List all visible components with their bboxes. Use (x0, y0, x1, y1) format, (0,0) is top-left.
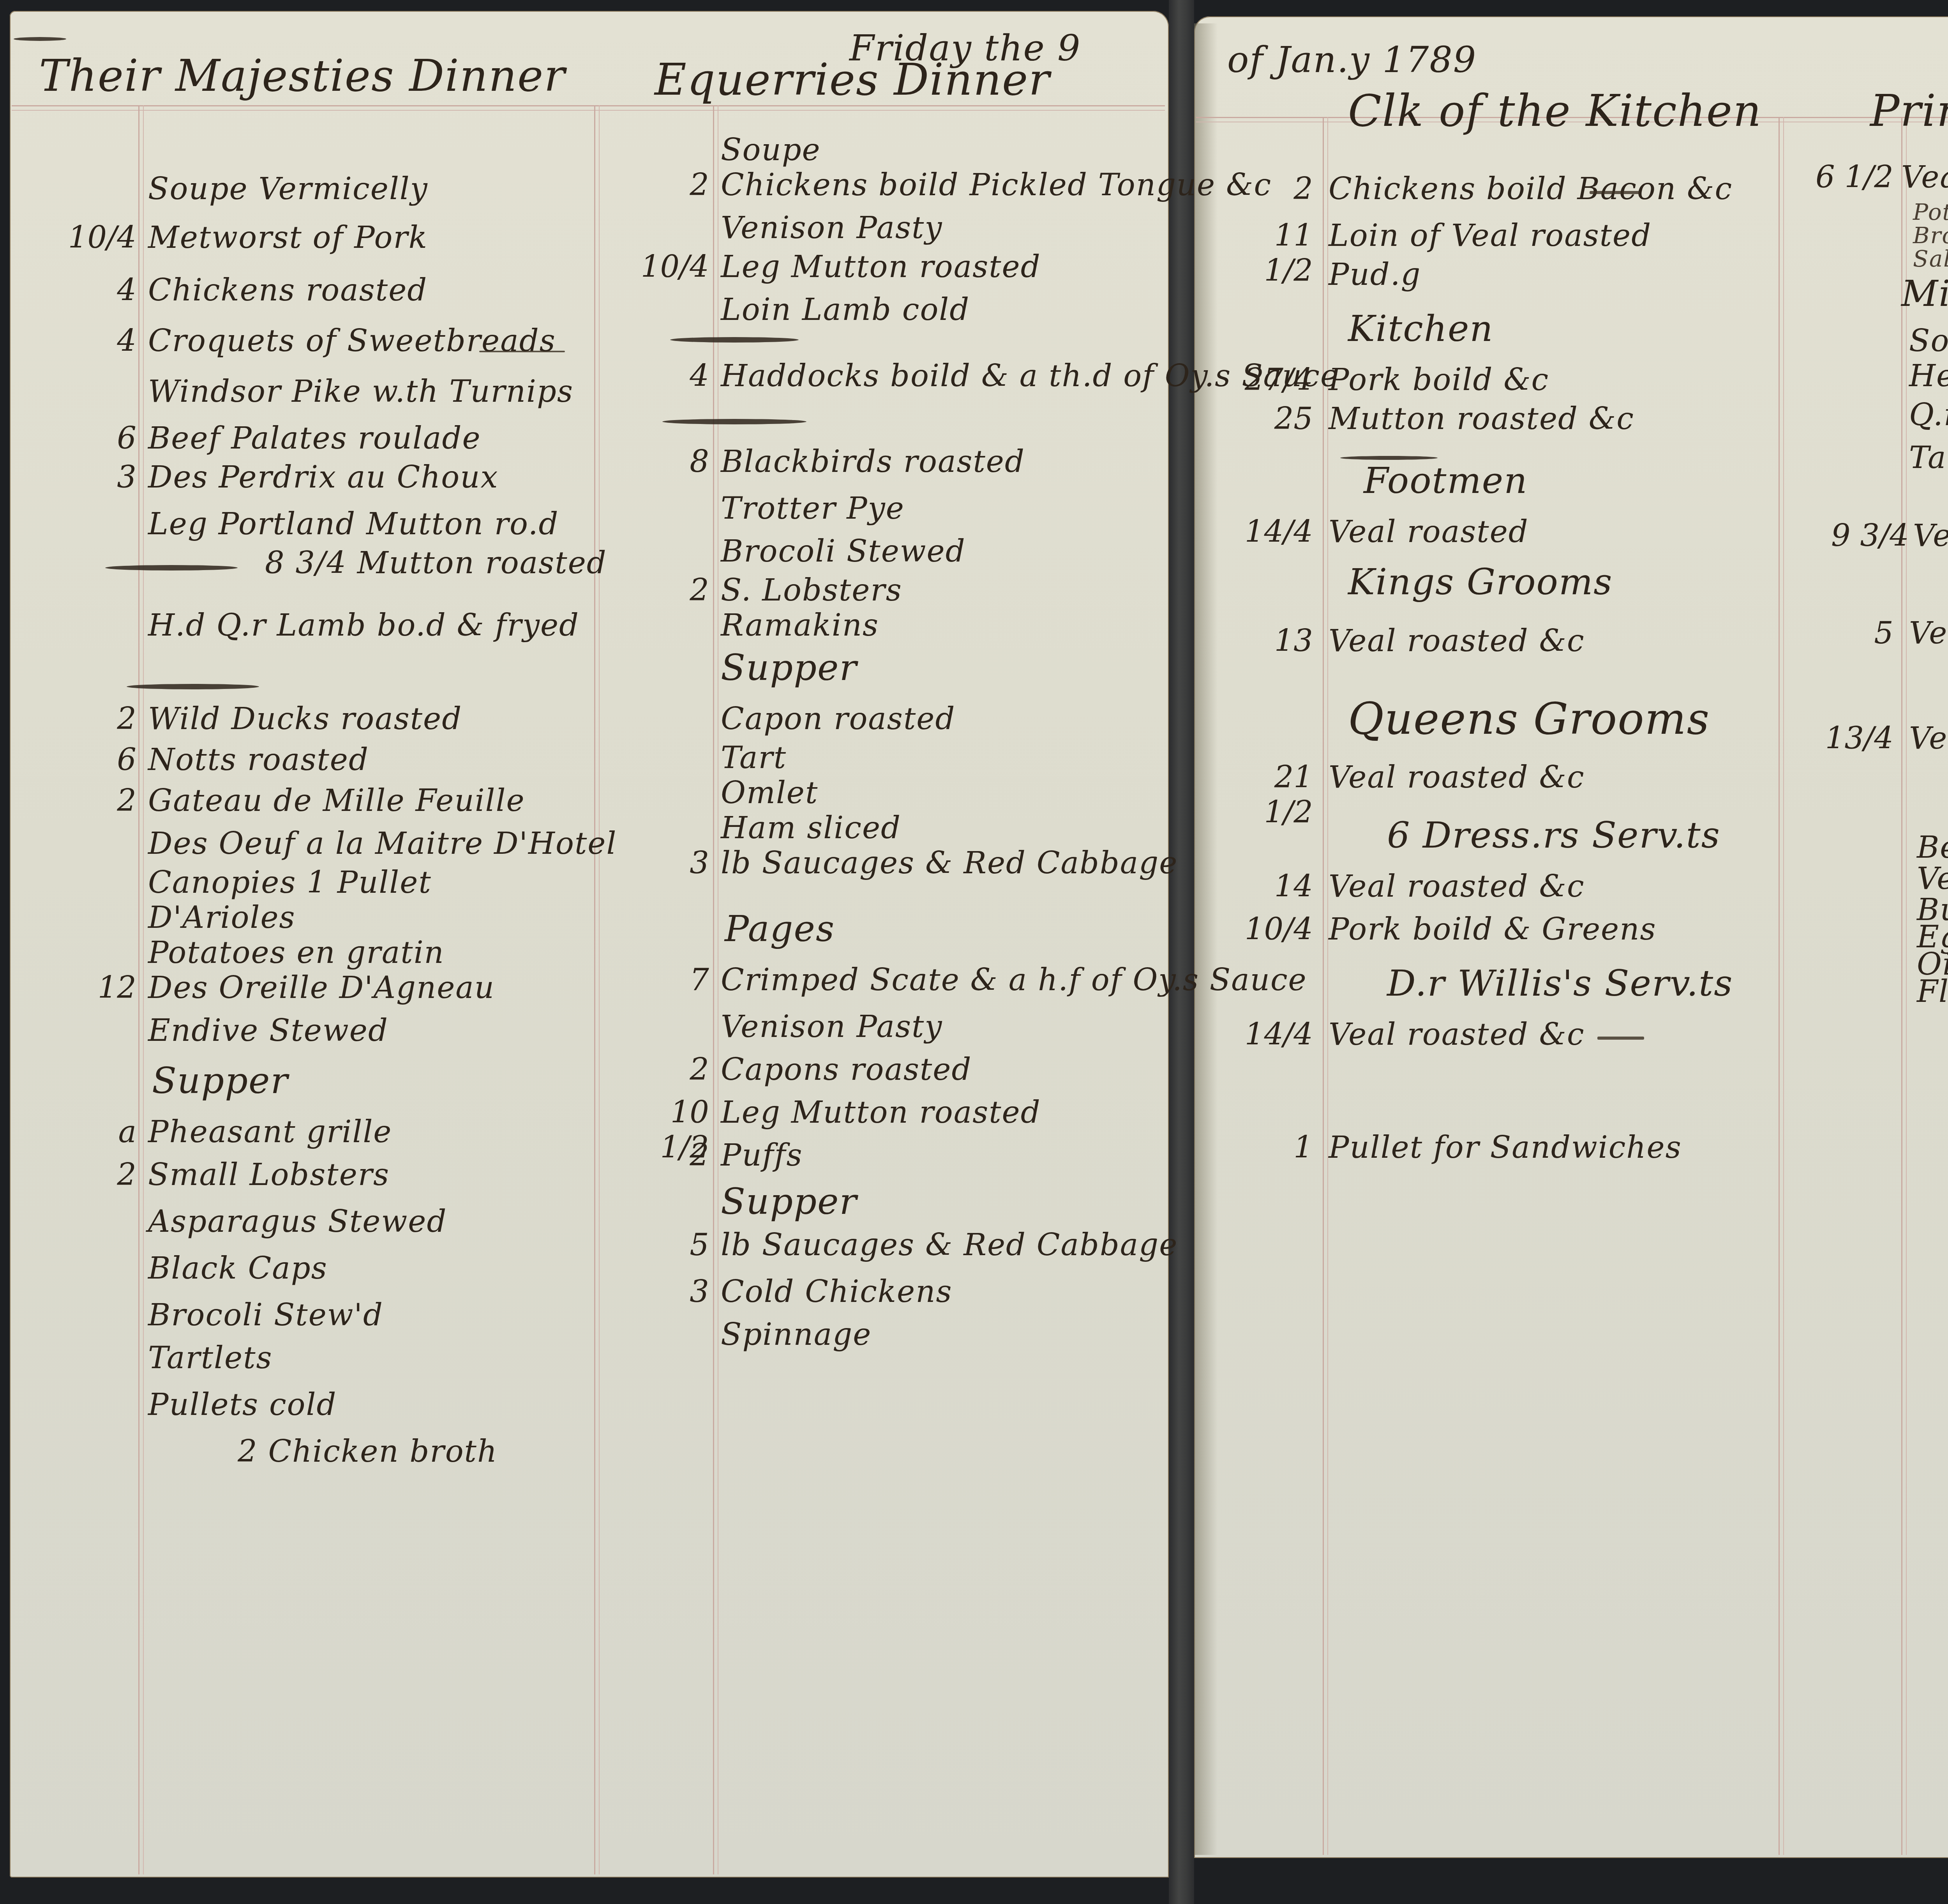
quantity: 6 (58, 742, 136, 777)
list-item: Pork boild &c (1329, 362, 1549, 397)
list-item: Cold Chickens (721, 1274, 953, 1309)
margin-rule-col4b (1906, 117, 1907, 1855)
list-item: Tart (721, 740, 787, 775)
gutter-shadow (1194, 23, 1217, 1855)
quantity: 14/4 (1235, 1017, 1313, 1052)
list-item: Chickens boild Bacon &c (1329, 171, 1733, 207)
list-item: Leg Mutton roasted (721, 1095, 1041, 1130)
list-item: Des Oeuf a la Maitre D'Hotel (148, 826, 617, 861)
list-item: Endive Stewed (148, 1013, 388, 1048)
list-item: Capon roasted (721, 701, 955, 737)
section-title: Miss Goldsworthy (1901, 273, 1948, 314)
list-item: Chickens boild Pickled Tongue &c (721, 168, 1272, 203)
quantity: 2 (58, 1157, 136, 1192)
list-item: Pud.g (1329, 257, 1421, 292)
margin-rule-col2b (718, 105, 718, 1874)
list-item: Pullets cold (148, 1387, 337, 1422)
column-rule-col3-endb (1783, 117, 1784, 1855)
quantity: 1 (1235, 1130, 1313, 1165)
divider-swash (105, 565, 238, 570)
list-item: Notts roasted (148, 742, 369, 777)
section-title-supper: Supper (721, 647, 858, 689)
tally-item-name: Veal (1917, 861, 1948, 896)
quantity: 9 3/4 (1831, 518, 1909, 553)
quantity: 13/4 (1816, 721, 1893, 756)
section-title: Queens Grooms (1348, 694, 1710, 744)
list-item: Leg Portland Mutton ro.d (148, 507, 559, 542)
list-item: Venison Pasty (721, 210, 942, 246)
list-item: lb Saucages & Red Cabbage (721, 846, 1178, 881)
section-title: Footmen (1364, 460, 1528, 502)
quantity: a (58, 1114, 136, 1150)
list-item: Gateau de Mille Feuille (148, 783, 525, 818)
list-item: Mutton roasted &c (1329, 401, 1634, 436)
list-item: Crimped Scate & a h.f of Oy.s Sauce (721, 963, 1307, 998)
quantity: 4 (631, 359, 709, 394)
list-item-small: Potatoes (1913, 199, 1948, 225)
list-item: Ham sliced (721, 811, 901, 846)
list-item: Des Oreille D'Agneau (148, 970, 495, 1005)
list-item: Potatoes en gratin (148, 935, 445, 970)
list-item: Asparagus Stewed (148, 1204, 447, 1239)
quantity: 8 (631, 444, 709, 479)
tally-item-name: Beef (1917, 830, 1948, 865)
list-item: Venison Pasty (721, 1009, 942, 1044)
column-title-equerries: Equerries Dinner (655, 55, 1050, 105)
quantity: 25 (1235, 401, 1313, 436)
list-item: S. Lobsters (721, 573, 902, 608)
list-item: Veal roasted &c Pud.g (1909, 721, 1948, 756)
list-item: Pheasant grille (148, 1114, 392, 1150)
quantity: 5 (631, 1228, 709, 1263)
margin-rule-col4 (1901, 117, 1902, 1855)
list-item: Chickens roasted (148, 273, 427, 308)
list-item: Veal roasted (1329, 514, 1529, 549)
book-gutter (1169, 0, 1194, 1904)
list-item: Veal roasted &c (1329, 1017, 1585, 1052)
column-title-kitchen-clerk: Clk of the Kitchen (1348, 86, 1762, 136)
list-item: Trotter Pye (721, 491, 905, 526)
quantity: 2 (58, 783, 136, 818)
date-line-right: of Jan.y 1789 (1227, 39, 1477, 81)
list-item: Veal cold (1913, 518, 1948, 553)
column-rule-col1-endb (599, 105, 600, 1874)
quantity: 4 (58, 273, 136, 308)
list-item: Brocoli Stewed (721, 534, 966, 569)
quantity: 11 1/2 (1235, 218, 1313, 288)
quantity: 10/4 (631, 249, 709, 284)
column-title-princess: Princess's Dinner (1870, 86, 1948, 136)
list-item: Hen Turkey roasted & a suet (1909, 359, 1948, 394)
list-item: Soupe Vermicelly (148, 171, 428, 207)
list-item: Tart (1909, 440, 1948, 475)
margin-rule-col2 (713, 105, 714, 1874)
quantity: 14 (1235, 869, 1313, 904)
list-item: Ramakins (721, 608, 879, 643)
section-title: Kings Grooms (1348, 561, 1613, 603)
list-item: Capons roasted (721, 1052, 972, 1087)
quantity: 2 (58, 701, 136, 737)
section-title: 6 Dress.rs Serv.ts (1387, 814, 1720, 856)
quantity: 6 1/2 (1816, 160, 1893, 195)
list-item: Wild Ducks roasted (148, 701, 462, 737)
list-item: Veal roasted (1901, 160, 1948, 195)
section-title-supper: Supper (152, 1060, 289, 1102)
list-item: Loin Lamb cold (721, 292, 970, 327)
list-item: Brocoli Stew'd (148, 1298, 383, 1333)
list-item: Veal roasted &c (1329, 869, 1585, 904)
column-rule-col3-end (1779, 117, 1780, 1855)
title-flourish (14, 37, 66, 41)
list-item: Leg Mutton roasted (721, 249, 1041, 284)
quantity: 27/4 (1235, 362, 1313, 397)
list-item: Canopies 1 Pullet (148, 865, 432, 900)
quantity: 12 (58, 970, 136, 1005)
quantity: 2 (631, 1138, 709, 1173)
quantity: 10/4 (58, 220, 136, 255)
section-title-pages: Pages (725, 908, 835, 950)
quantity: 2 (631, 573, 709, 608)
tail-stroke (1590, 191, 1640, 194)
list-item: D'Arioles (148, 900, 296, 935)
quantity: 5 (1816, 616, 1893, 651)
list-item-small: Sallad Pudding (1913, 246, 1948, 272)
tail-stroke (1597, 1037, 1644, 1040)
quantity: 13 (1235, 623, 1313, 659)
list-item: Soupe (1909, 323, 1948, 359)
list-item: Veal roasted &c (1329, 760, 1585, 795)
list-item: Black Caps (148, 1251, 328, 1286)
list-item: Q.r Lamb bo.d &c (1909, 397, 1948, 433)
divider-swash (127, 684, 259, 689)
list-item: Pork boild & Greens (1329, 912, 1657, 947)
list-item: lb Saucages & Red Cabbage (721, 1228, 1178, 1263)
quantity: 2 (631, 1052, 709, 1087)
divider-swash (662, 419, 806, 424)
quantity: 10/4 (1235, 912, 1313, 947)
list-item: Puffs (721, 1138, 803, 1173)
divider-swash (1340, 456, 1438, 460)
list-item: Small Lobsters (148, 1157, 390, 1192)
section-title-supper: Supper (721, 1181, 858, 1222)
list-item: Windsor Pike w.th Turnips (148, 374, 573, 409)
list-item: Veal roasted &c (1329, 623, 1585, 659)
quantity: 4 (58, 323, 136, 359)
list-item: Soupe (721, 132, 821, 168)
section-title: Kitchen (1348, 308, 1494, 350)
header-rule-left (12, 105, 1165, 106)
list-item: Des Perdrix au Choux (148, 460, 499, 495)
quantity: 6 (58, 421, 136, 456)
quantity: 3 (631, 1274, 709, 1309)
quantity: 3 (58, 460, 136, 495)
margin-rule-col1b (143, 105, 144, 1874)
column-rule-col1-end (594, 105, 595, 1874)
quantity: 2 (1235, 171, 1313, 207)
list-item: Blackbirds roasted (721, 444, 1025, 479)
list-item: Metworst of Pork (148, 220, 428, 255)
quantity: 21 1/2 (1235, 760, 1313, 830)
quantity: 3 (631, 846, 709, 881)
quantity: 2 (631, 168, 709, 203)
list-item: Veal roasted &c (1909, 616, 1948, 651)
section-title: D.r Willis's Serv.ts (1387, 963, 1733, 1004)
list-item-small: Brocoli (1913, 222, 1948, 249)
list-item: Beef Palates roulade (148, 421, 481, 456)
list-item: Omlet (721, 775, 818, 811)
tally-item-name: Flour (1917, 974, 1948, 1009)
divider-swash (670, 337, 799, 343)
list-item: Pullet for Sandwiches (1329, 1130, 1682, 1165)
column-title-majesties: Their Majesties Dinner (39, 51, 566, 101)
quantity: 14/4 (1235, 514, 1313, 549)
list-item: Spinnage (721, 1317, 872, 1352)
header-rule-left-2 (12, 110, 1165, 111)
list-item: 2 Chicken broth (238, 1434, 498, 1469)
list-item: Loin of Veal roasted (1329, 218, 1652, 253)
list-item: 8 3/4 Mutton roasted (265, 546, 607, 581)
list-item: H.d Q.r Lamb bo.d & fryed (148, 608, 579, 643)
quantity: 7 (631, 963, 709, 998)
margin-rule-col1 (138, 105, 139, 1874)
tail-stroke (479, 351, 565, 352)
list-item: Tartlets (148, 1341, 273, 1376)
list-item: Croquets of Sweetbreads (148, 323, 556, 359)
